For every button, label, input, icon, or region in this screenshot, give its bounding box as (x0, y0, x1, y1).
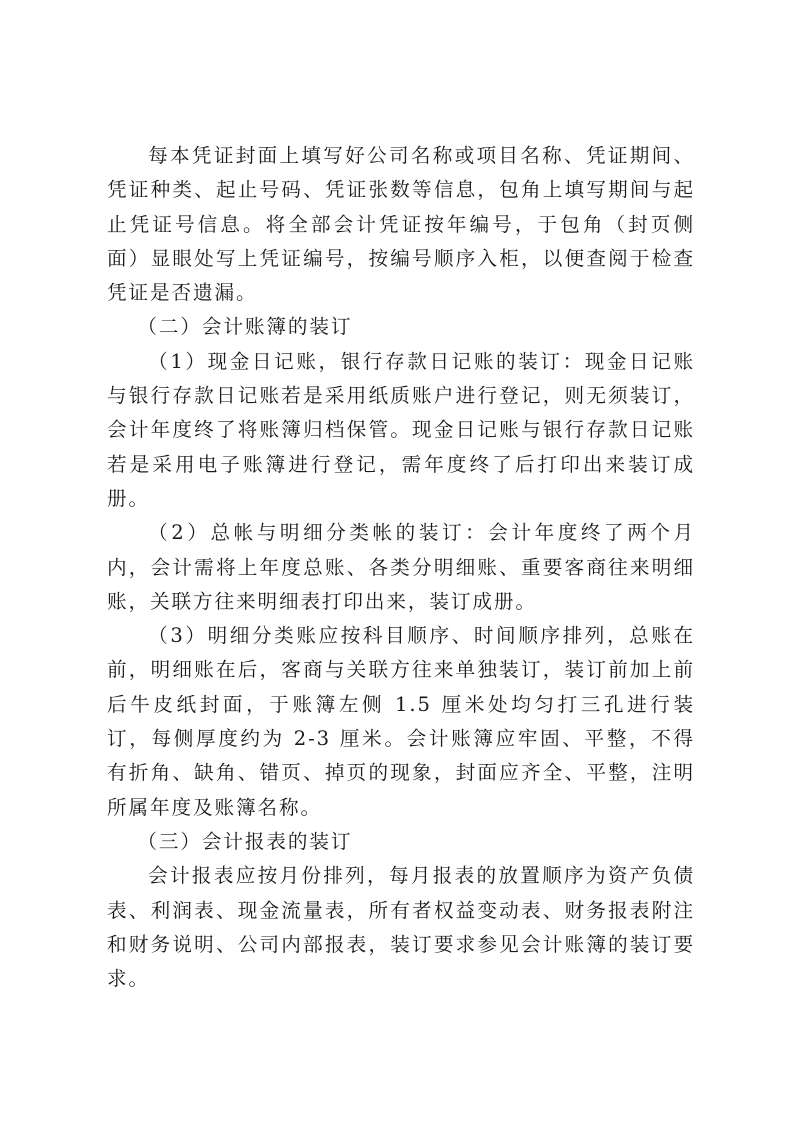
paragraph-cash-journal-binding: （1）现金日记账，银行存款日记账的装订：现金日记账与银行存款日记账若是采用纸质账… (107, 345, 695, 516)
document-page: 每本凭证封面上填写好公司名称或项目名称、凭证期间、凭证种类、起止号码、凭证张数等… (107, 139, 695, 996)
paragraph-voucher-cover: 每本凭证封面上填写好公司名称或项目名称、凭证期间、凭证种类、起止号码、凭证张数等… (107, 139, 695, 310)
paragraph-subsidiary-ledger-order: （3）明细分类账应按科目顺序、时间顺序排列，总账在前，明细账在后，客商与关联方往… (107, 619, 695, 825)
section-heading-report-binding: （三）会计报表的装订 (107, 825, 695, 859)
section-heading-ledger-binding: （二）会计账簿的装订 (107, 310, 695, 344)
paragraph-general-ledger-binding: （2）总帐与明细分类帐的装订：会计年度终了两个月内，会计需将上年度总账、各类分明… (107, 516, 695, 619)
paragraph-report-order: 会计报表应按月份排列，每月报表的放置顺序为资产负债表、利润表、现金流量表，所有者… (107, 859, 695, 996)
